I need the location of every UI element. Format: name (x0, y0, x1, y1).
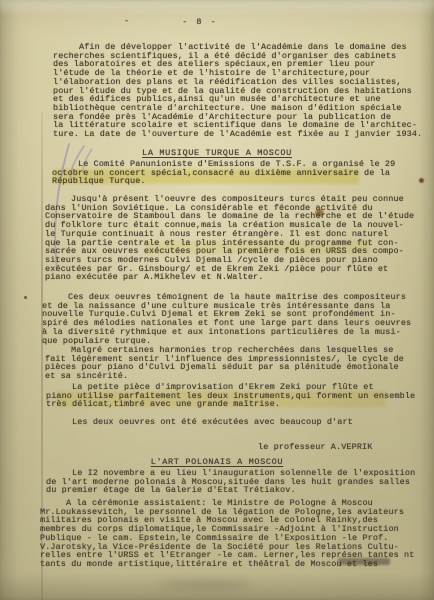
document-paragraph: Jusqu'à présent l'oeuvre des compositeur… (45, 195, 423, 282)
section-heading-music: LA MUSIQUE TURQUE A MOSCOU (0, 149, 434, 158)
signature-line: le professeur A.VEPRIK (258, 443, 372, 452)
document-paragraph: Le Comité Panunioniste d'Emissions de T.… (52, 160, 424, 186)
bottom-smudge (160, 580, 250, 590)
stray-dash: - (124, 17, 129, 26)
document-paragraph: Afin de développer l'activité de l'Acadé… (53, 43, 425, 139)
section-heading-art: L'ART POLONAIS A MOSCOU (0, 458, 434, 467)
overtype-smudge (338, 558, 390, 565)
document-paragraph: Les deux oeuvres ont été exécutées avec … (46, 418, 424, 427)
ink-dot (24, 296, 27, 299)
page-number: - 8 - (150, 18, 250, 27)
document-paragraph: Ces deux oeuvres témoignent de la haute … (42, 293, 422, 345)
scanned-document-page: - - 8 - Afin de développer l'activité de… (0, 0, 434, 600)
document-paragraph: Le I2 novembre a eu lieu l'inauguration … (46, 469, 426, 495)
document-paragraph: Malgré certaines harmonies trop recherch… (45, 346, 423, 381)
document-paragraph: La petite pièce d'improvisation d'Ekrem … (46, 383, 424, 409)
